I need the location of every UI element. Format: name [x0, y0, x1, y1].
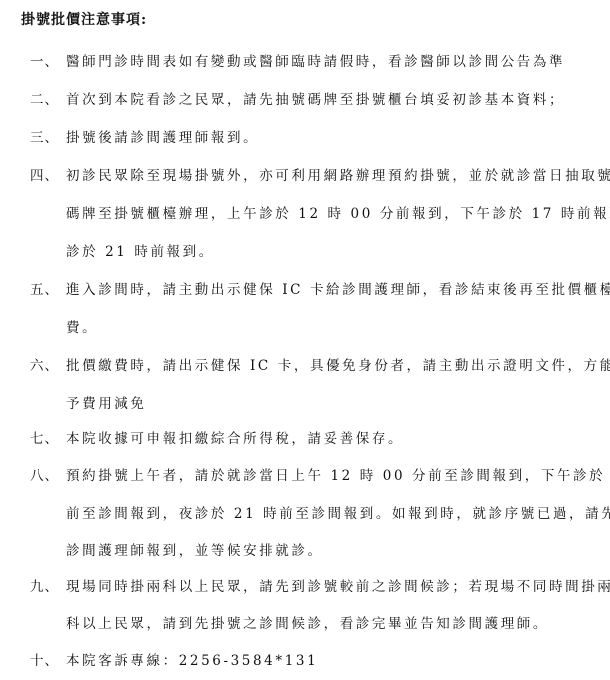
- item-text: 掛號後請診間護理師報到。: [66, 129, 259, 147]
- item-number: 五、: [30, 281, 59, 299]
- item-number: 四、: [30, 167, 59, 185]
- item-text: 本院客訴專線：2256-3584*131: [66, 652, 318, 670]
- item-number: 三、: [30, 129, 59, 147]
- item-number: 六、: [30, 357, 59, 375]
- item-text: 批價繳費時，請出示健保 IC 卡，具優免身份者，請主動出示證明文件，方能給: [66, 357, 610, 375]
- item-text: 醫師門診時間表如有變動或醫師臨時請假時，看診醫師以診間公告為準: [66, 53, 565, 71]
- item-text: 現場同時掛兩科以上民眾，請先到診號較前之診間候診；若現場不同時間掛兩: [66, 578, 610, 596]
- item-text: 費。: [66, 319, 98, 337]
- item-text: 碼牌至掛號櫃檯辦理，上午診於 12 時 00 分前報到，下午診於 17 時前報到…: [66, 205, 610, 223]
- item-number: 八、: [30, 467, 59, 485]
- item-text: 予費用減免: [66, 395, 147, 413]
- item-text: 診於 21 時前報到。: [66, 243, 215, 261]
- item-number: 十、: [30, 652, 59, 670]
- item-text: 預約掛號上午者，請於就診當日上午 12 時 00 分前至診間報到，下午診於 17…: [66, 467, 610, 485]
- item-text: 診間護理師報到，並等候安排就診。: [66, 542, 324, 560]
- page-title: 掛號批價注意事項:: [21, 11, 147, 29]
- item-text: 前至診間報到，夜診於 21 時前至診間報到。如報到時，就診序號已過，請先向: [66, 505, 610, 523]
- item-text: 初診民眾除至現場掛號外，亦可利用網路辦理預約掛號，並於就診當日抽取號: [66, 167, 610, 185]
- item-number: 二、: [30, 91, 59, 109]
- item-number: 一、: [30, 53, 59, 71]
- item-number: 七、: [30, 430, 59, 448]
- item-number: 九、: [30, 578, 59, 596]
- item-text: 進入診間時，請主動出示健保 IC 卡給診間護理師，看診結束後再至批價櫃檯繳: [66, 281, 610, 299]
- item-text: 本院收據可申報扣繳綜合所得稅，請妥善保存。: [66, 430, 404, 448]
- item-text: 科以上民眾，請到先掛號之診間候診，看診完畢並告知診間護理師。: [66, 615, 549, 633]
- item-text: 首次到本院看診之民眾，請先抽號碼牌至掛號櫃台填妥初診基本資料；: [66, 91, 565, 109]
